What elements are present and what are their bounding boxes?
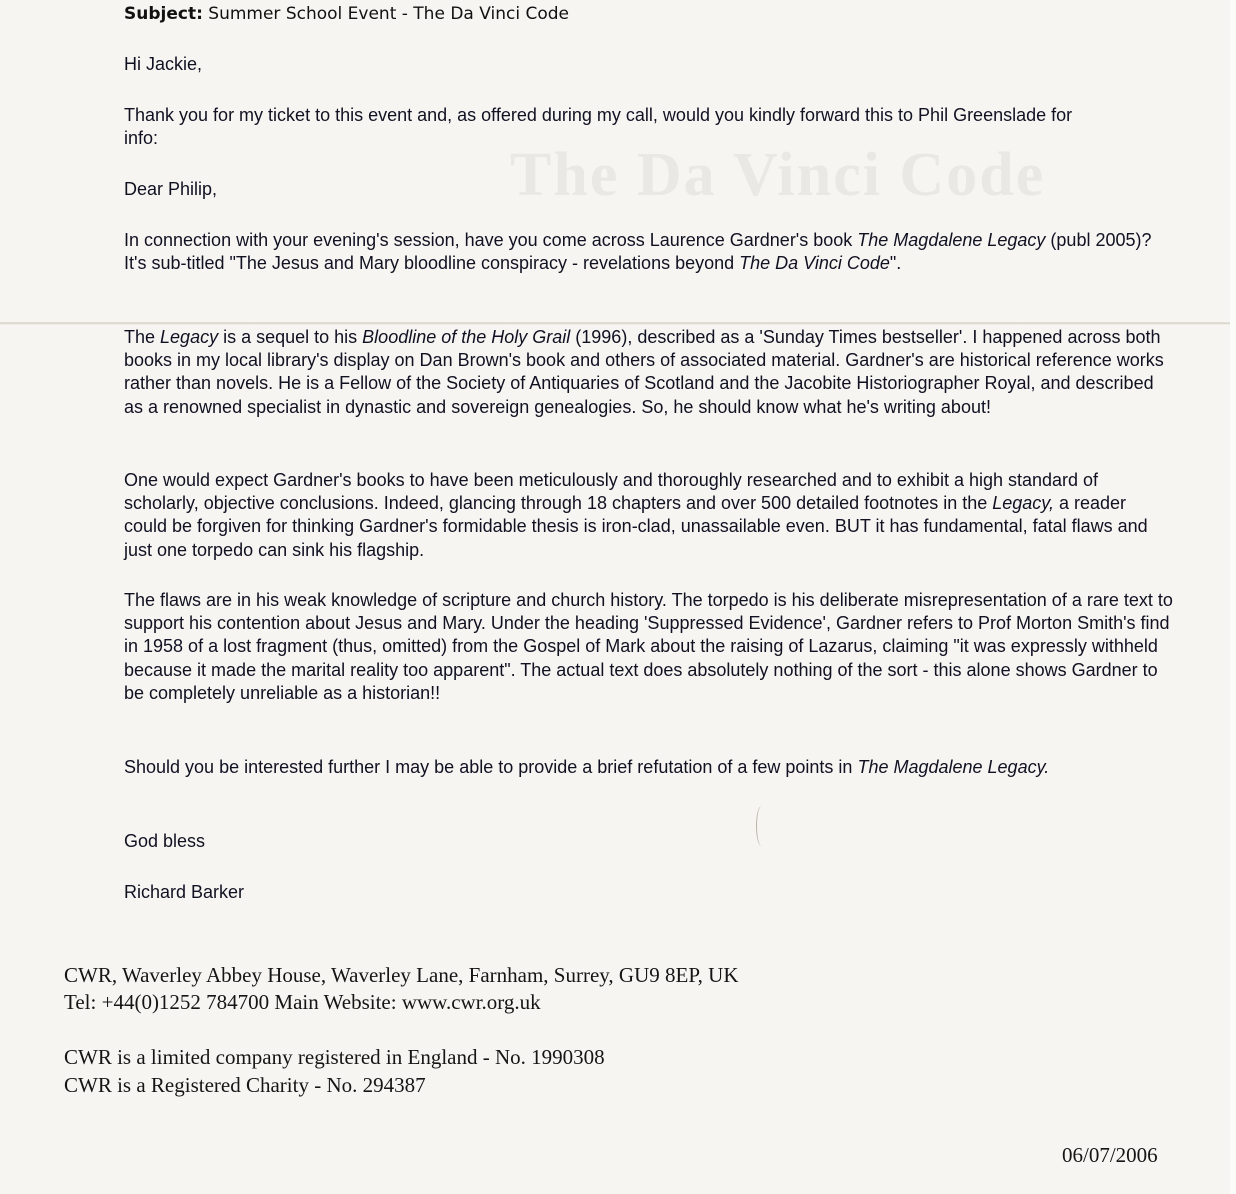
book-title: Legacy <box>160 327 218 347</box>
book-title: Legacy, <box>992 493 1054 513</box>
footer-contact: Tel: +44(0)1252 784700 Main Website: www… <box>64 988 541 1016</box>
paragraph-3: One would expect Gardner's books to have… <box>124 469 1149 562</box>
salutation: Dear Philip, <box>124 178 1184 201</box>
book-title: The Da Vinci Code <box>739 253 890 273</box>
footer-address: CWR, Waverley Abbey House, Waverley Lane… <box>64 961 739 989</box>
signature: Richard Barker <box>124 881 1184 904</box>
paragraph-1: In connection with your evening's sessio… <box>124 229 1164 275</box>
subject-value: Summer School Event - The Da Vinci Code <box>208 4 569 24</box>
greeting: Hi Jackie, <box>124 53 1184 76</box>
paper-fold-line <box>0 322 1230 325</box>
page-edge <box>1230 0 1236 1194</box>
footer-company-registration: CWR is a limited company registered in E… <box>64 1043 605 1071</box>
book-title: The Magdalene Legacy <box>857 230 1045 250</box>
book-title: The Magdalene Legacy. <box>857 757 1049 777</box>
email-subject: Subject: Summer School Event - The Da Vi… <box>124 4 569 24</box>
paragraph-4: The flaws are in his weak knowledge of s… <box>124 589 1174 705</box>
scanned-letter-page: The Da Vinci Code Subject: Summer School… <box>0 0 1231 1194</box>
book-title: Bloodline of the Holy Grail <box>362 327 570 347</box>
paragraph-2: The Legacy is a sequel to his Bloodline … <box>124 326 1169 419</box>
intro-paragraph: Thank you for my ticket to this event an… <box>124 104 1084 150</box>
closing: God bless <box>124 830 1184 853</box>
paragraph-5: Should you be interested further I may b… <box>124 756 1124 779</box>
document-date: 06/07/2006 <box>1062 1143 1158 1168</box>
footer-charity-registration: CWR is a Registered Charity - No. 294387 <box>64 1071 426 1099</box>
subject-label: Subject: <box>124 4 203 24</box>
